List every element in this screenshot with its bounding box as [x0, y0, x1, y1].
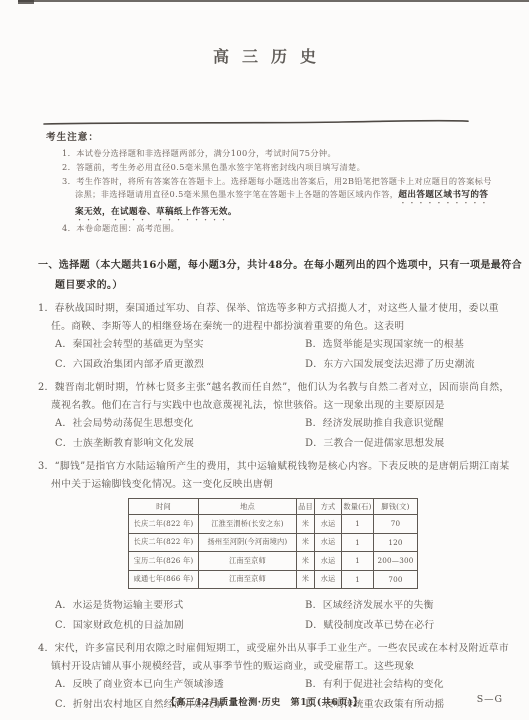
scan-top-edge-line	[18, 0, 529, 2]
table-header-cell: 脚钱(文)	[374, 499, 418, 515]
table-cell: 1	[342, 552, 374, 571]
table-row: 宝历二年(826 年) 江南至京师 米 水运 1 200—300	[129, 552, 418, 571]
question-3-options-row-1: A．水运是货物运输主要形式 B．区域经济发展水平的失衡	[38, 596, 507, 616]
table-cell: 江南至京师	[199, 552, 297, 571]
question-3-options-row-2: C．国家财政危机的日益加剧 D．赋役制度改革已势在必行	[38, 616, 507, 636]
table-header-cell: 方式	[315, 499, 342, 515]
table-cell: 扬州至河阴(今河南境内)	[199, 533, 297, 552]
table-cell: 水运	[315, 570, 342, 589]
table-cell: 长庆二年(822 年)	[129, 515, 199, 534]
question-2-stem: 2．魏晋南北朝时期，竹林七贤多主张“越名教而任自然”，他们认为名教与自然二者对立…	[38, 379, 519, 414]
question-1: 1．春秋战国时期，秦国通过军功、自荐、保举、馆选等多种方式招揽人才，对这些人量才…	[38, 300, 507, 374]
table-cell: 米	[297, 515, 315, 534]
table-cell: 70	[374, 515, 418, 534]
option-a: A．秦国社会转型的基础更为坚实	[55, 335, 300, 355]
option-b: B．区域经济发展水平的失衡	[305, 596, 434, 616]
question-1-options-row-1: A．秦国社会转型的基础更为坚实 B．选贤举能是实现国家统一的根基	[38, 335, 507, 355]
section-header: 一、选择题（本大题共16小题，每小题3分，共计48分。在每小题列出的四个选项中，…	[38, 256, 525, 295]
question-2-options-row-1: A．社会局势动荡促生思想变化 B．经济发展助推自我意识觉醒	[38, 414, 507, 434]
footer-exam-label: 【高三12月质量检测·历史 第1页(共6页)】	[0, 694, 529, 708]
table-cell: 米	[297, 533, 315, 552]
table-cell: 水运	[315, 515, 342, 534]
table-cell: 200—300	[374, 552, 418, 571]
question-1-options-row-2: C．六国政治集团内部矛盾更激烈 D．东方六国发展变法迟滞了历史潮流	[38, 355, 507, 375]
option-b: B．选贤举能是实现国家统一的根基	[305, 335, 464, 355]
header-rule	[42, 118, 470, 128]
table-cell: 水运	[315, 552, 342, 571]
option-c: C．士族垄断教育影响文化发展	[55, 434, 300, 454]
option-a: A．水运是货物运输主要形式	[55, 596, 300, 616]
option-c: C．六国政治集团内部矛盾更激烈	[55, 355, 300, 375]
option-d: D．东方六国发展变法迟滞了历史潮流	[305, 355, 475, 375]
question-3: 3．“脚钱”是指官方水陆运输所产生的费用，其中运输赋税钱物是核心内容。下表反映的…	[38, 458, 507, 635]
table-header-cell: 数量(石)	[342, 499, 374, 515]
table-row: 咸通七年(866 年) 江南至京师 米 水运 1 700	[129, 570, 418, 589]
table-cell: 宝历二年(826 年)	[129, 552, 199, 571]
candidate-notice-section: 考生注意： 1．本试卷分选择题和非选择题两部分，满分100分，考试时间75分钟。…	[46, 129, 487, 236]
exam-paper-page: 高三历史 考生注意： 1．本试卷分选择题和非选择题两部分，满分100分，考试时间…	[0, 0, 529, 720]
table-cell: 120	[374, 533, 418, 552]
option-a: A．反映了商业资本已向生产领域渗透	[55, 675, 300, 695]
question-3-stem: 3．“脚钱”是指官方水陆运输所产生的费用，其中运输赋税钱物是核心内容。下表反映的…	[38, 458, 519, 493]
table-row: 长庆二年(822 年) 江淮至渭桥(长安之东) 米 水运 1 70	[129, 515, 418, 534]
question-4-stem: 4．宋代，许多富民利用农隙之时雇佣短期工，或受雇外出从事手工业生产。一些农民或在…	[38, 640, 519, 675]
option-d: D．赋役制度改革已势在必行	[305, 616, 434, 636]
footer-paper-code: S—G	[477, 694, 503, 705]
table-header-cell: 品目	[297, 499, 315, 515]
page-footer: 【高三12月质量检测·历史 第1页(共6页)】 S—G	[0, 694, 529, 708]
page-title: 高三历史	[0, 0, 529, 67]
option-a: A．社会局势动荡促生思想变化	[55, 414, 300, 434]
table-cell: 水运	[315, 533, 342, 552]
question-1-stem: 1．春秋战国时期，秦国通过军功、自荐、保举、馆选等多种方式招揽人才，对这些人量才…	[38, 300, 519, 335]
table-cell: 700	[374, 570, 418, 589]
table-header-cell: 时间	[129, 499, 199, 515]
notice-item-1: 1．本试卷分选择题和非选择题两部分，满分100分，考试时间75分钟。	[62, 147, 495, 161]
table-cell: 咸通七年(866 年)	[129, 570, 199, 589]
table-cell: 江淮至渭桥(长安之东)	[199, 515, 297, 534]
table-header-row: 时间 地点 品目 方式 数量(石) 脚钱(文)	[129, 499, 418, 515]
scan-content: 高三历史 考生注意： 1．本试卷分选择题和非选择题两部分，满分100分，考试时间…	[0, 0, 529, 720]
table-row: 长庆二年(822 年) 扬州至河阴(今河南境内) 米 水运 1 120	[129, 533, 418, 552]
notice-item-3: 3．考生作答时，将所有答案答在答题卡上。选择题每小题选出答案后，用2B铅笔把答题…	[62, 175, 495, 223]
question-area: 一、选择题（本大题共16小题，每小题3分，共计48分。在每小题列出的四个选项中，…	[38, 256, 507, 714]
table-cell: 米	[297, 570, 315, 589]
scan-top-edge-corner	[18, 0, 34, 4]
question-2: 2．魏晋南北朝时期，竹林七贤多主张“越名教而任自然”，他们认为名教与自然二者对立…	[38, 379, 507, 453]
option-b: B．经济发展助推自我意识觉醒	[305, 414, 444, 434]
option-c: C．国家财政危机的日益加剧	[55, 616, 300, 636]
notice-item-4: 4．本卷命题范围：高考范围。	[62, 222, 495, 236]
table-cell: 1	[342, 515, 374, 534]
question-2-options-row-2: C．士族垄断教育影响文化发展 D．三教合一促进儒家思想发展	[38, 434, 507, 454]
notice-heading: 考生注意：	[46, 129, 487, 143]
table-cell: 米	[297, 552, 315, 571]
table-cell: 1	[342, 570, 374, 589]
option-b: B．有利于促进社会结构的变化	[305, 675, 444, 695]
transport-fee-table: 时间 地点 品目 方式 数量(石) 脚钱(文) 长庆二年(822 年) 江淮至渭…	[128, 498, 418, 589]
table-cell: 长庆二年(822 年)	[129, 533, 199, 552]
table-cell: 江南至京师	[199, 570, 297, 589]
notice-item-2: 2．答题前，考生务必用直径0.5毫米黑色墨水签字笔将密封线内项目填写清楚。	[62, 161, 495, 175]
option-d: D．三教合一促进儒家思想发展	[305, 434, 444, 454]
table-header-cell: 地点	[199, 499, 297, 515]
notice-items: 1．本试卷分选择题和非选择题两部分，满分100分，考试时间75分钟。 2．答题前…	[46, 147, 487, 236]
table-cell: 1	[342, 533, 374, 552]
question-4-options-row-1: A．反映了商业资本已向生产领域渗透 B．有利于促进社会结构的变化	[38, 675, 507, 695]
